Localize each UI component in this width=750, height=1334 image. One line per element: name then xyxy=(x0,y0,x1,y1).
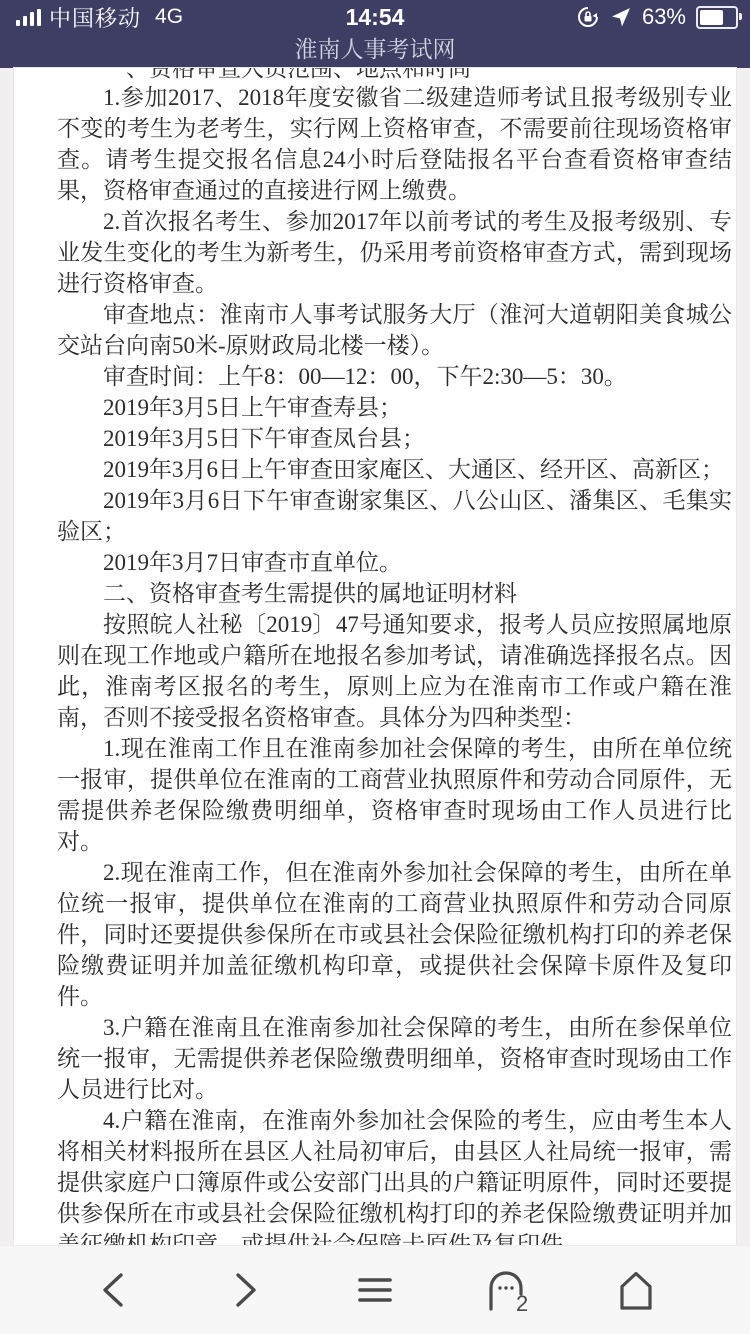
battery-icon xyxy=(696,6,738,29)
page-title: 淮南人事考试网 xyxy=(0,34,750,68)
article-paragraph: 二、资格审查考生需提供的属地证明材料 xyxy=(57,578,732,609)
article-body: 1.参加2017、2018年度安徽省二级建造师考试且报考级别专业不变的考生为老考… xyxy=(14,82,736,1245)
article-paragraph: 2019年3月7日审查市直单位。 xyxy=(57,547,732,578)
article-paragraph: 2019年3月5日上午审查寿县； xyxy=(57,392,732,423)
back-icon xyxy=(94,1268,134,1312)
article-paragraph: 2019年3月6日下午审查谢家集区、八公山区、潘集区、毛集实验区； xyxy=(57,485,732,547)
orientation-lock-icon xyxy=(576,5,600,29)
article-paragraph: 3.户籍在淮南且在淮南参加社会保障的考生，由所在参保单位统一报审，无需提供养老保… xyxy=(57,1012,732,1105)
webpage-content[interactable]: 一、资格审查人员范围、地点和时间 1.参加2017、2018年度安徽省二级建造师… xyxy=(14,68,736,1245)
home-icon xyxy=(614,1268,658,1312)
article-paragraph: 2019年3月5日下午审查凤台县； xyxy=(57,423,732,454)
article-paragraph: 2019年3月6日上午审查田家庵区、大通区、经开区、高新区； xyxy=(57,454,732,485)
clipped-heading-text: 一、资格审查人员范围、地点和时间 xyxy=(14,68,736,82)
forward-button[interactable] xyxy=(219,1264,271,1316)
menu-button[interactable] xyxy=(349,1264,401,1316)
status-bar: 中国移动 4G 14:54 63% xyxy=(0,0,750,34)
article-paragraph: 2.现在淮南工作，但在淮南外参加社会保障的考生，由所在单位统一报审，提供单位在淮… xyxy=(57,857,732,1012)
tab-count-label: 2 xyxy=(516,1291,528,1313)
home-button[interactable] xyxy=(610,1264,662,1316)
forward-icon xyxy=(225,1268,265,1312)
clipped-heading-line: 一、资格审查人员范围、地点和时间 xyxy=(14,68,736,82)
status-right: 63% xyxy=(576,0,738,34)
article-paragraph: 1.参加2017、2018年度安徽省二级建造师考试且报考级别专业不变的考生为老考… xyxy=(57,82,732,206)
article-paragraph: 审查时间：上午8：00—12：00，下午2:30—5：30。 xyxy=(57,361,732,392)
browser-header: 中国移动 4G 14:54 63% 淮南人事考试网 xyxy=(0,0,750,68)
tabs-icon: 2 xyxy=(483,1267,529,1313)
browser-toolbar: 2 xyxy=(0,1245,750,1334)
menu-icon xyxy=(353,1268,397,1312)
article-paragraph: 审查地点：淮南市人事考试服务大厅（淮河大道朝阳美食城公交站台向南50米-原财政局… xyxy=(57,299,732,361)
phone-screen: 中国移动 4G 14:54 63% 淮南人事考试网 xyxy=(0,0,750,1334)
article-paragraph: 4.户籍在淮南，在淮南外参加社会保险的考生，应由考生本人将相关材料报所在县区人社… xyxy=(57,1105,732,1245)
battery-percent-label: 63% xyxy=(642,4,686,30)
tabs-button[interactable]: 2 xyxy=(480,1264,532,1316)
location-arrow-icon xyxy=(610,6,632,28)
article-paragraph: 按照皖人社秘〔2019〕47号通知要求，报考人员应按照属地原则在现工作地或户籍所… xyxy=(57,609,732,733)
article-paragraph: 2.首次报名考生、参加2017年以前考试的考生及报考级别、专业发生变化的考生为新… xyxy=(57,206,732,299)
article-paragraph: 1.现在淮南工作且在淮南参加社会保障的考生，由所在单位统一报审，提供单位在淮南的… xyxy=(57,733,732,857)
back-button[interactable] xyxy=(88,1264,140,1316)
